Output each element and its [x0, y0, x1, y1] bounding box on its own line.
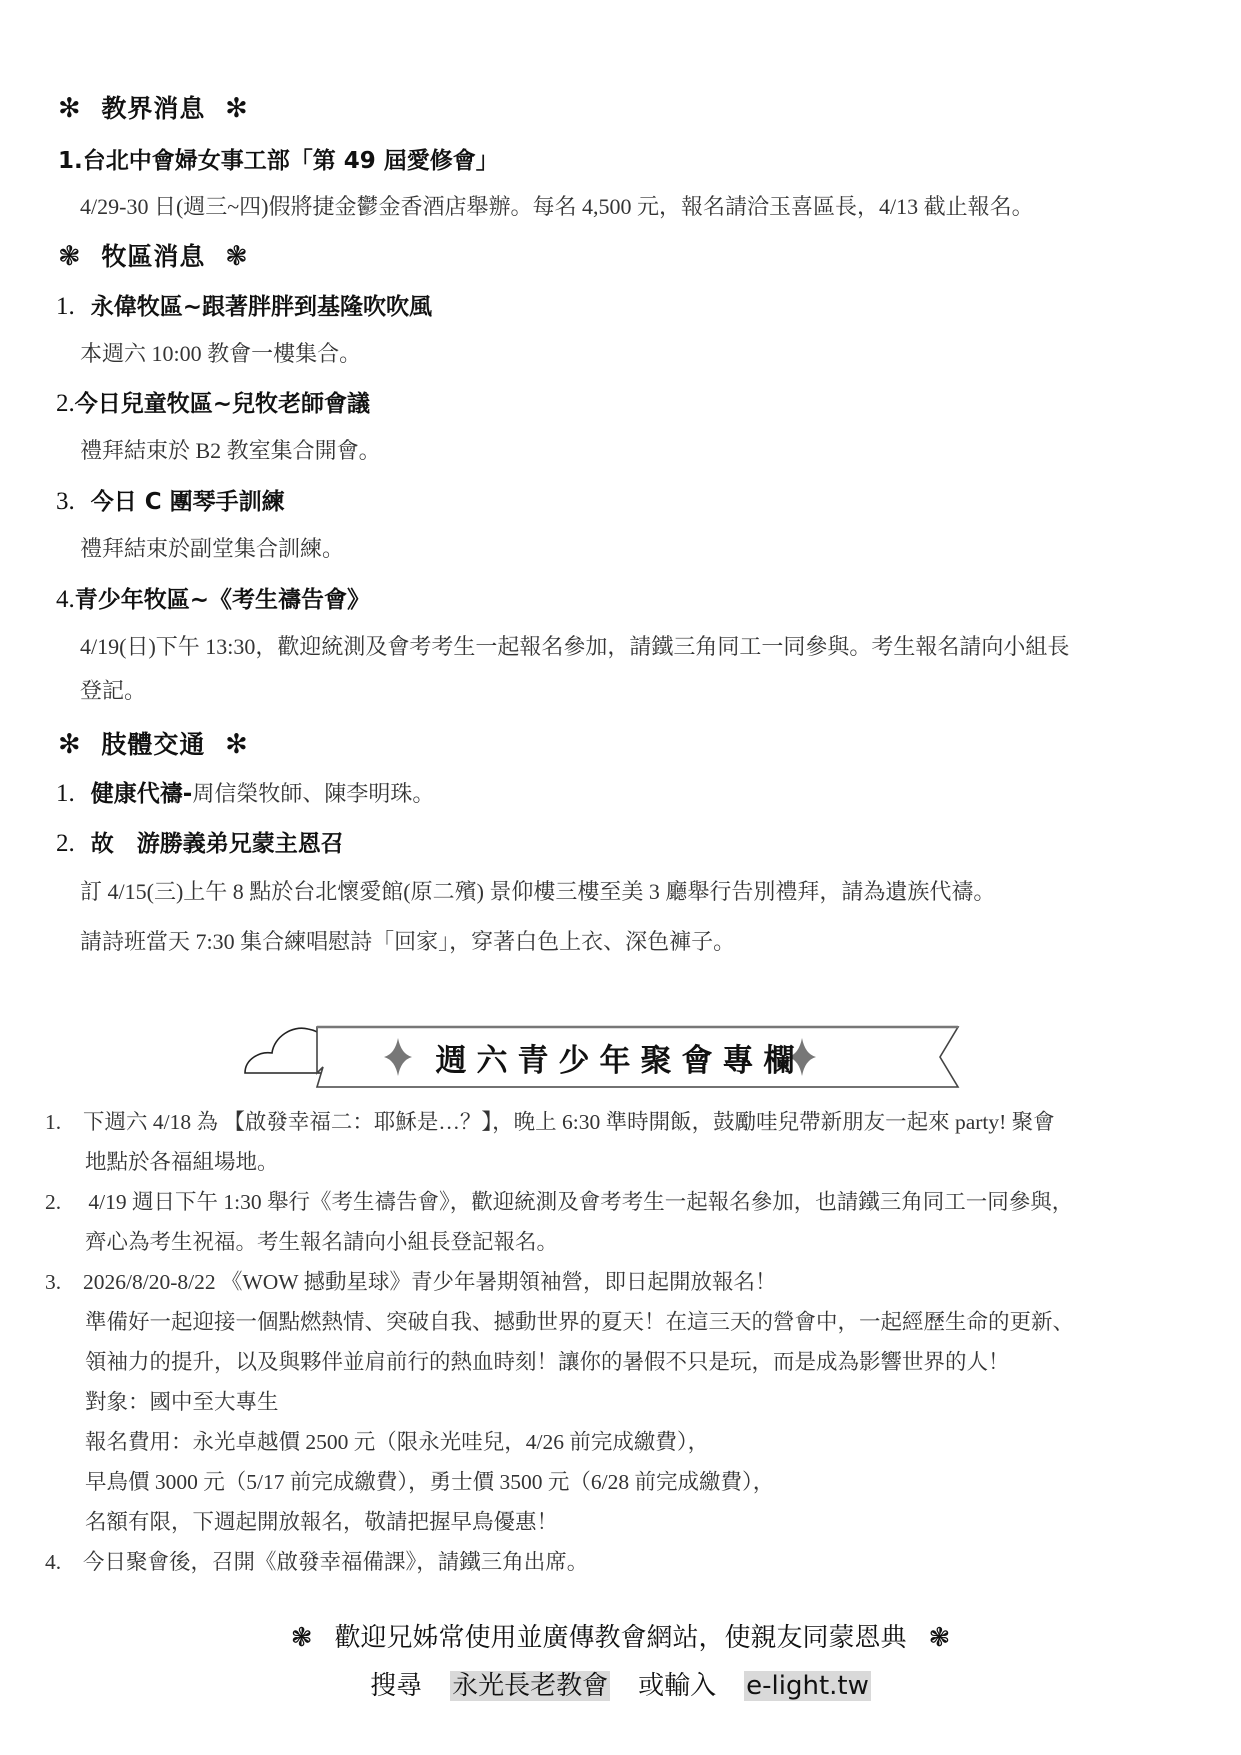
heading-text: 牧區消息	[101, 242, 205, 271]
flower-star-icon: ❃	[929, 1623, 951, 1653]
asterisk-icon: ✻	[58, 93, 82, 124]
district-item-2-body: 禮拜結束於 B2 教室集合開會。	[80, 434, 381, 465]
district-item-2-title: 2.今日兒童牧區~兒牧老師會議	[56, 385, 370, 418]
youth-item-1-line2: 地點於各福組場地。	[85, 1145, 279, 1176]
youth-column-banner: 週六青少年聚會專欄	[240, 1015, 970, 1105]
heading-text: 教界消息	[101, 94, 205, 123]
district-item-3-title: 3. 今日 C 團琴手訓練	[56, 483, 285, 516]
youth-item-2-line1: 2. 4/19 週日下午 1:30 舉行《考生禱告會》，歡迎統測及會考考生一起報…	[45, 1185, 1073, 1216]
church-news-heading: ✻ 教界消息 ✻	[58, 89, 249, 125]
asterisk-icon: ✻	[225, 93, 249, 124]
youth-item-3-line3: 領袖力的提升，以及與夥伴並肩前行的熱血時刻！讓你的暑假不只是玩，而是成為影響世界…	[85, 1345, 1010, 1376]
asterisk-icon: ✻	[58, 729, 82, 760]
district-item-1-title: 1. 永偉牧區~跟著胖胖到基隆吹吹風	[56, 288, 432, 321]
flower-star-icon: ❃	[225, 241, 249, 272]
fellowship-item-2-body-line1: 訂 4/15(三)上午 8 點於台北懷愛館(原二殯) 景仰樓三樓至美 3 廳舉行…	[80, 875, 995, 906]
or-label: 或輸入	[638, 1671, 716, 1701]
fellowship-heading: ✻ 肢體交通 ✻	[58, 725, 249, 761]
district-item-3-body: 禮拜結束於副堂集合訓練。	[80, 532, 344, 563]
district-item-4-body-line2: 登記。	[80, 674, 146, 705]
youth-item-1-line1: 1.下週六 4/18 為 【啟發幸福二：耶穌是…？】，晚上 6:30 準時開飯，…	[45, 1105, 1055, 1136]
footer-search-hint: 搜尋永光長老教會或輸入e-light.tw	[0, 1665, 1241, 1702]
banner-title: 週六青少年聚會專欄	[380, 1035, 860, 1080]
youth-item-3-line1: 3.2026/8/20-8/22 《WOW 撼動星球》青少年暑期領袖營，即日起開…	[45, 1265, 777, 1296]
youth-item-4: 4.今日聚會後，召開《啟發幸福備課》，請鐵三角出席。	[45, 1545, 588, 1576]
district-item-4-title: 4.青少年牧區~《考生禱告會》	[56, 581, 370, 614]
youth-item-2-line2: 齊心為考生祝福。考生報名請向小組長登記報名。	[85, 1225, 558, 1256]
youth-item-3-line6: 早鳥價 3000 元（5/17 前完成繳費），勇士價 3500 元（6/28 前…	[85, 1465, 774, 1496]
fellowship-item-2-body-line2: 請詩班當天 7:30 集合練唱慰詩「回家」，穿著白色上衣、深色褲子。	[80, 925, 735, 956]
search-label: 搜尋	[370, 1671, 422, 1701]
district-item-1-body: 本週六 10:00 教會一樓集合。	[80, 337, 361, 368]
youth-item-3-line4: 對象：國中至大專生	[85, 1385, 279, 1416]
flower-star-icon: ❃	[291, 1623, 313, 1653]
church-news-item-title: 1.台北中會婦女事工部「第 49 屆愛修會」	[58, 142, 499, 175]
district-news-heading: ❃ 牧區消息 ❃	[58, 237, 249, 273]
youth-item-3-line7: 名額有限，下週起開放報名，敬請把握早鳥優惠！	[85, 1505, 558, 1536]
church-news-item-body: 4/29-30 日(週三~四)假將捷金鬱金香酒店舉辦。每名 4,500 元，報名…	[80, 190, 1034, 221]
footer-website-promo: ❃歡迎兄姊常使用並廣傳教會網站，使親友同蒙恩典❃	[0, 1617, 1241, 1654]
district-item-4-body-line1: 4/19(日)下午 13:30，歡迎統測及會考考生一起報名參加，請鐵三角同工一同…	[80, 630, 1069, 661]
fellowship-item-1: 1. 健康代禱-周信榮牧師、陳李明珠。	[56, 775, 434, 808]
flower-star-icon: ❃	[58, 241, 82, 272]
fellowship-item-2-title: 2. 故 游勝義弟兄蒙主恩召	[56, 825, 344, 858]
search-term: 永光長老教會	[450, 1671, 610, 1701]
heading-text: 肢體交通	[101, 730, 205, 759]
youth-item-3-line2: 準備好一起迎接一個點燃熱情、突破自我、撼動世界的夏天！在這三天的營會中，一起經歷…	[85, 1305, 1074, 1336]
website-link[interactable]: e-light.tw	[744, 1671, 871, 1701]
youth-item-3-line5: 報名費用：永光卓越價 2500 元（限永光哇兒，4/26 前完成繳費），	[85, 1425, 709, 1456]
asterisk-icon: ✻	[225, 729, 249, 760]
